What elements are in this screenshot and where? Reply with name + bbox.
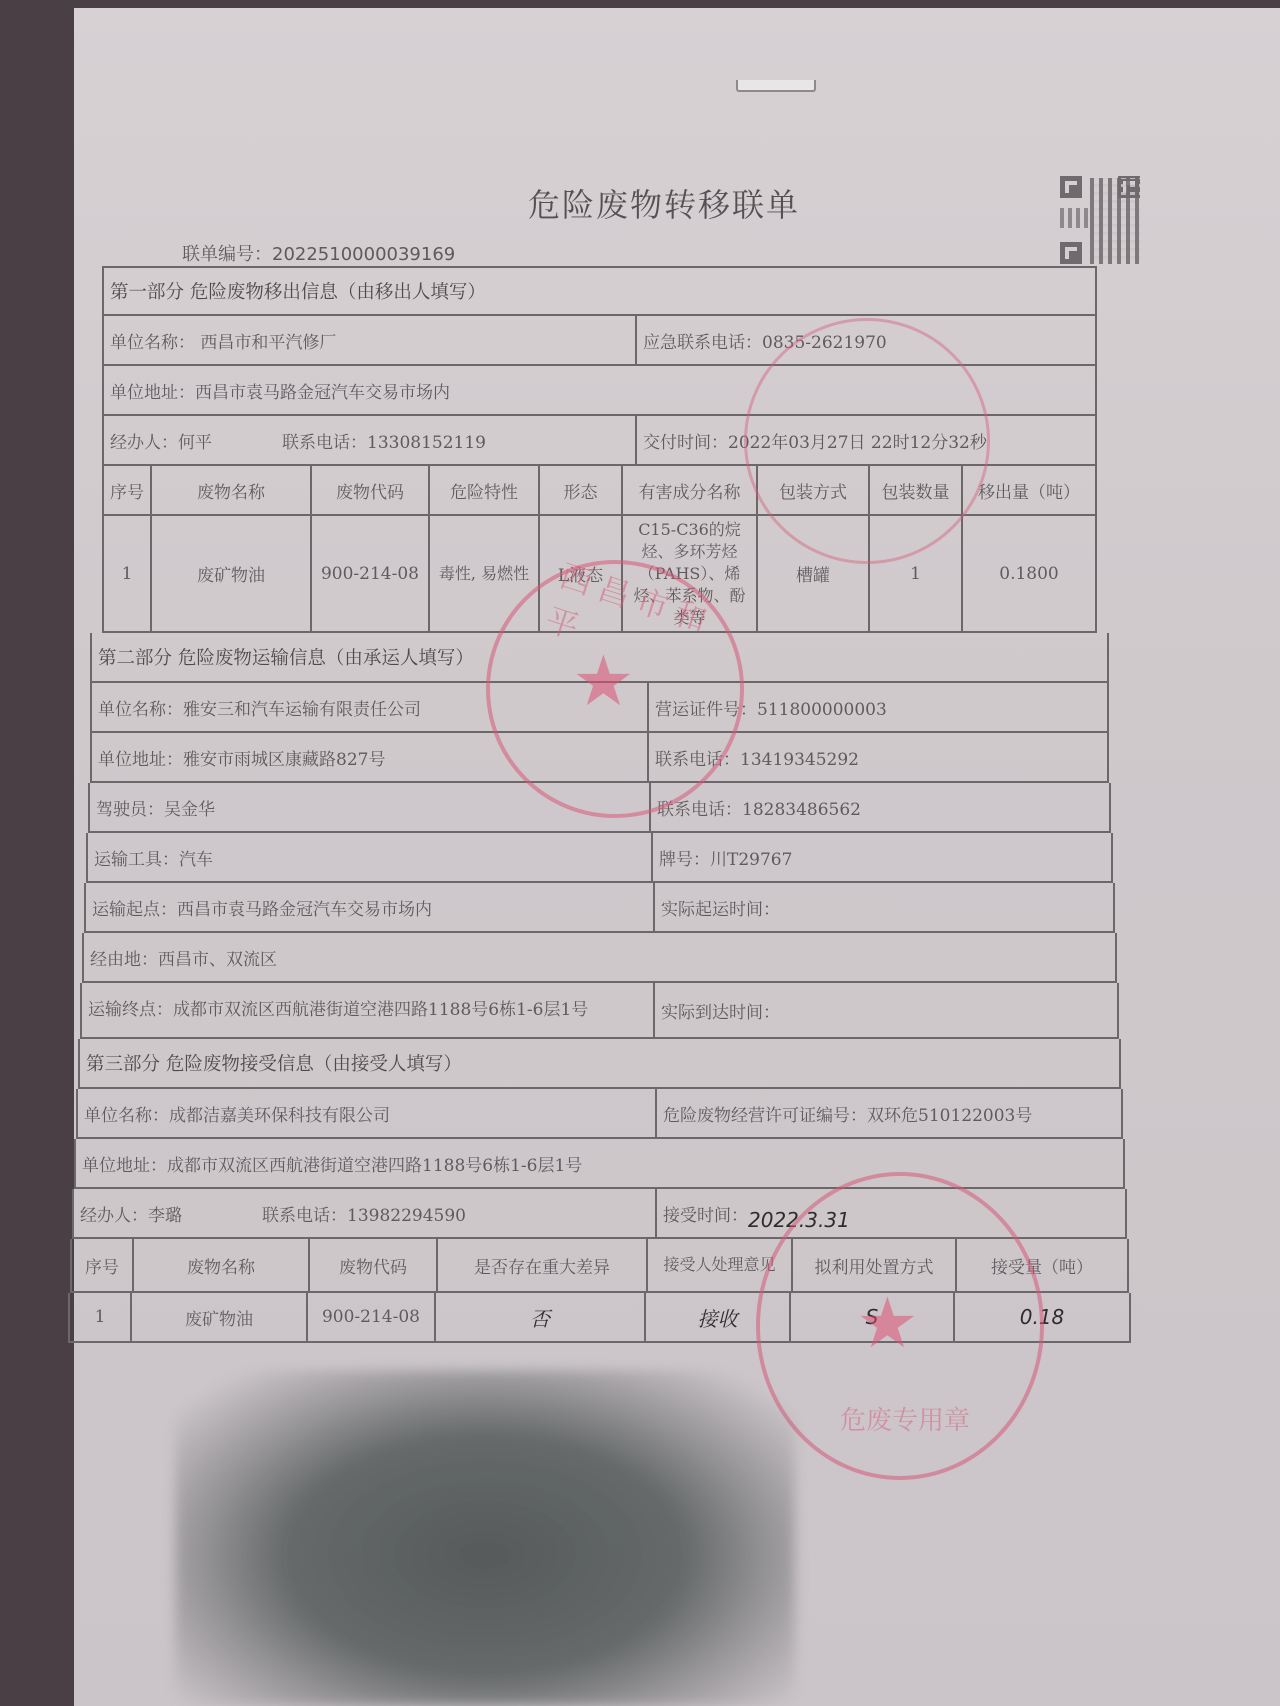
part3-receive-time-handwritten: 2022.3.31 (748, 1208, 850, 1232)
part1-delivery-time: 交付时间：2022年03月27日 22时12分32秒 (635, 416, 1095, 464)
part2-row-unit: 单位名称：雅安三和汽车运输有限责任公司 营运证件号：511800000003 (90, 683, 1109, 733)
col-waste-code-header: 废物代码 (310, 466, 428, 514)
part2-row-via: 经由地：西昌市、双流区 (82, 933, 1117, 983)
part2-row-origin: 运输起点：西昌市袁马路金冠汽车交易市场内 实际起运时间： (84, 883, 1115, 933)
col-index-header: 序号 (104, 466, 150, 514)
part3-heading: 第三部分 危险废物接受信息（由接受人填写） (80, 1039, 1119, 1087)
col-harmful-components-header: 有害成分名称 (621, 466, 756, 514)
col-waste-name-header: 废物名称 (132, 1239, 308, 1291)
col-disposal-method: S (789, 1293, 953, 1341)
col-quantity: 0.1800 (961, 516, 1095, 631)
part2-destination: 运输终点：成都市双流区西航港街道空港四路1188号6栋1-6层1号 (82, 983, 653, 1037)
part2-actual-arrival: 实际到达时间： (653, 983, 1117, 1037)
part2-license-no: 营运证件号：511800000003 (647, 683, 1107, 731)
col-quantity-header: 移出量（吨） (961, 466, 1095, 514)
col-major-discrepancy: 否 (434, 1293, 644, 1341)
part1-handler-phone: 联系电话：13308152119 (282, 428, 486, 453)
col-index: 1 (104, 516, 150, 631)
col-major-discrepancy-header: 是否存在重大差异 (436, 1239, 646, 1291)
part1-unit-name: 单位名称： 西昌市和平汽修厂 (104, 316, 635, 364)
col-form-header: 形态 (538, 466, 621, 514)
col-waste-code-header: 废物代码 (308, 1239, 436, 1291)
part2-via: 经由地：西昌市、双流区 (84, 933, 1115, 981)
part2-driver-phone: 联系电话：18283486562 (649, 783, 1109, 831)
col-packaging: 槽罐 (756, 516, 868, 631)
part3-row-address: 单位地址：成都市双流区西航港街道空港四路1188号6栋1-6层1号 (74, 1139, 1125, 1189)
col-index: 1 (70, 1293, 130, 1341)
part3-row-unit: 单位名称：成都洁嘉美环保科技有限公司 危险废物经营许可证编号：双环危510122… (76, 1089, 1123, 1139)
part3-handler-phone: 联系电话：13982294590 (262, 1201, 466, 1226)
part2-row-vehicle: 运输工具：汽车 牌号：川T29767 (86, 833, 1113, 883)
part1-handler-cell: 经办人：何平 联系电话：13308152119 (104, 416, 635, 464)
part3-row-handler: 经办人：李璐 联系电话：13982294590 接受时间： 2022.3.31 (72, 1189, 1127, 1239)
part1-row-unit: 单位名称： 西昌市和平汽修厂 应急联系电话：0835-2621970 (102, 316, 1097, 366)
col-hazard-header: 危险特性 (428, 466, 538, 514)
col-waste-code: 900-214-08 (310, 516, 428, 631)
part1-handler: 经办人：何平 (110, 428, 212, 453)
part3-unit-address: 单位地址：成都市双流区西航港街道空港四路1188号6栋1-6层1号 (76, 1139, 1123, 1187)
col-harmful-components: C15-C36的烷烃、多环芳烃（PAHS）、烯烃、苯系物、酚类等 (621, 516, 756, 631)
col-index-header: 序号 (72, 1239, 132, 1291)
part2-unit-address: 单位地址：雅安市雨城区康藏路827号 (92, 733, 647, 781)
part3-table-header: 序号废物名称废物代码是否存在重大差异接受人处理意见拟利用处置方式接受量（吨） (70, 1239, 1129, 1293)
part3-handler-cell: 经办人：李璐 联系电话：13982294590 (74, 1189, 655, 1237)
part1-table-row: 1废矿物油900-214-08毒性, 易燃性L液态C15-C36的烷烃、多环芳烃… (102, 516, 1097, 633)
part1-row-address: 单位地址：西昌市袁马路金冠汽车交易市场内 (102, 366, 1097, 416)
part1-emergency-phone: 应急联系电话：0835-2621970 (635, 316, 1095, 364)
col-waste-name: 废矿物油 (150, 516, 310, 631)
part2-vehicle: 运输工具：汽车 (88, 833, 651, 881)
part2-origin: 运输起点：西昌市袁马路金冠汽车交易市场内 (86, 883, 653, 931)
part1-heading: 第一部分 危险废物移出信息（由移出人填写） (104, 268, 1095, 314)
staple-icon (736, 80, 816, 92)
col-hazard: 毒性, 易燃性 (428, 516, 538, 631)
col-packaging-header: 包装方式 (756, 466, 868, 514)
col-received-quantity-header: 接受量（吨） (955, 1239, 1127, 1291)
part2-row-address: 单位地址：雅安市雨城区康藏路827号 联系电话：13419345292 (90, 733, 1109, 783)
part2-actual-departure: 实际起运时间： (653, 883, 1113, 931)
part2-heading: 第二部分 危险废物运输信息（由承运人填写） (92, 633, 1107, 681)
col-waste-name-header: 废物名称 (150, 466, 310, 514)
part2-row-driver: 驾驶员：吴金华 联系电话：18283486562 (88, 783, 1111, 833)
transfer-form: 第一部分 危险废物移出信息（由移出人填写） 单位名称： 西昌市和平汽修厂 应急联… (102, 266, 1097, 1343)
col-package-count-header: 包装数量 (868, 466, 961, 514)
serial-number: 联单编号：2022510000039169 (182, 240, 455, 266)
part3-unit-name: 单位名称：成都洁嘉美环保科技有限公司 (78, 1089, 655, 1137)
part3-receive-time-label: 接受时间： (663, 1201, 748, 1226)
part3-receive-time-cell: 接受时间： 2022.3.31 (655, 1189, 1125, 1237)
qr-code-icon (1060, 176, 1142, 266)
col-received-quantity: 0.18 (953, 1293, 1129, 1341)
part2-driver: 驾驶员：吴金华 (90, 783, 649, 831)
part2-row-destination: 运输终点：成都市双流区西航港街道空港四路1188号6栋1-6层1号 实际到达时间… (80, 983, 1119, 1039)
part2-plate: 牌号：川T29767 (651, 833, 1111, 881)
part3-table-row: 1废矿物油900-214-08否接收S0.18 (68, 1293, 1131, 1343)
part2-heading-row: 第二部分 危险废物运输信息（由承运人填写） (90, 633, 1109, 683)
part2-unit-name: 单位名称：雅安三和汽车运输有限责任公司 (92, 683, 647, 731)
part1-heading-row: 第一部分 危险废物移出信息（由移出人填写） (102, 266, 1097, 316)
part1-unit-address: 单位地址：西昌市袁马路金冠汽车交易市场内 (104, 366, 1095, 414)
part1-table-header: 序号废物名称废物代码危险特性形态有害成分名称包装方式包装数量移出量（吨） (102, 466, 1097, 516)
col-waste-name: 废矿物油 (130, 1293, 306, 1341)
col-receiver-opinion-header: 接受人处理意见 (646, 1239, 791, 1291)
part3-license-no: 危险废物经营许可证编号：双环危510122003号 (655, 1089, 1121, 1137)
col-form: L液态 (538, 516, 621, 631)
col-package-count: 1 (868, 516, 961, 631)
part3-handler: 经办人：李璐 (80, 1201, 182, 1226)
finger-shadow (175, 1370, 795, 1706)
col-receiver-opinion: 接收 (644, 1293, 789, 1341)
col-waste-code: 900-214-08 (306, 1293, 434, 1341)
part3-heading-row: 第三部分 危险废物接受信息（由接受人填写） (78, 1039, 1121, 1089)
col-disposal-method-header: 拟利用处置方式 (791, 1239, 955, 1291)
part2-unit-phone: 联系电话：13419345292 (647, 733, 1107, 781)
part1-row-handler: 经办人：何平 联系电话：13308152119 交付时间：2022年03月27日… (102, 416, 1097, 466)
